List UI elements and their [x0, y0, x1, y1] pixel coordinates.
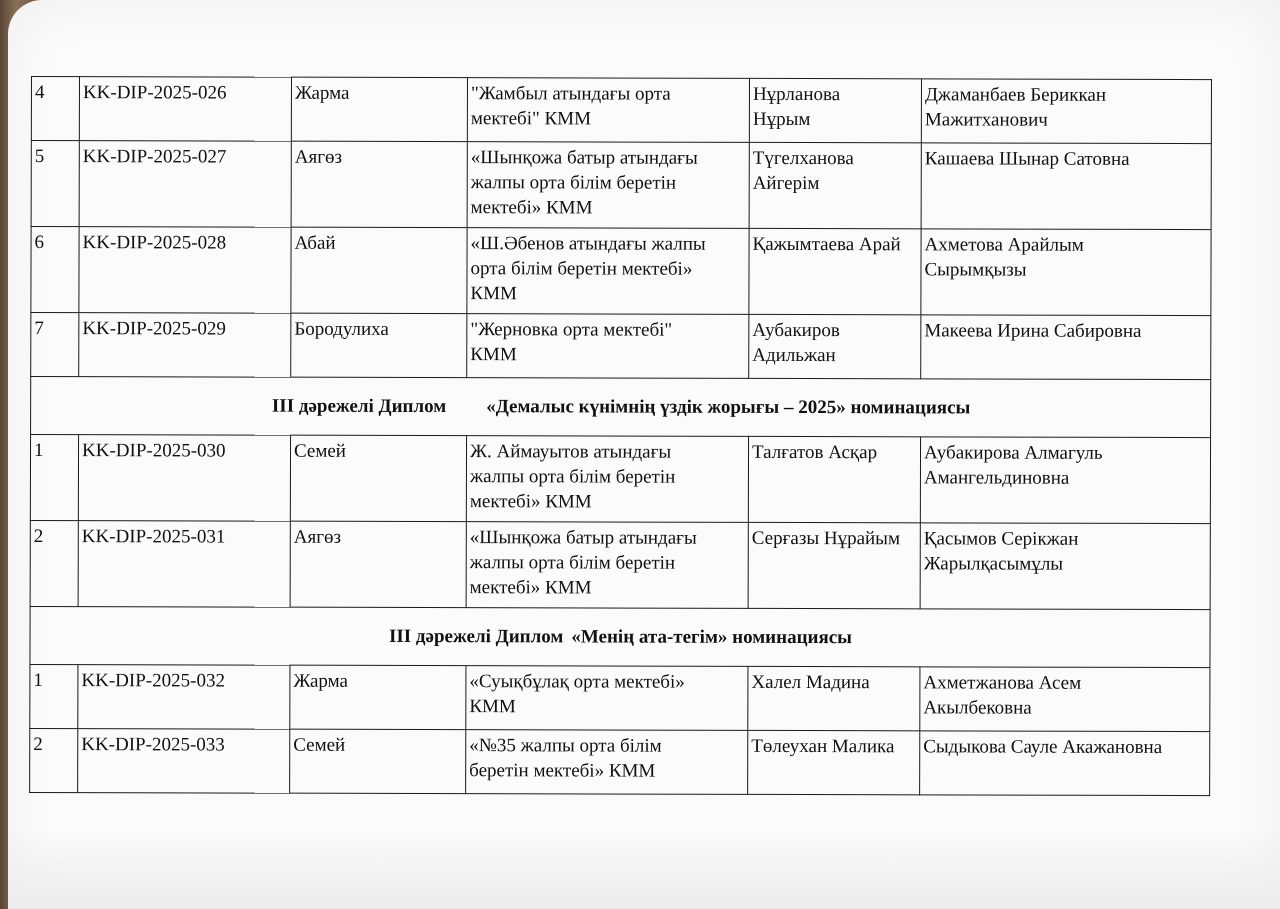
- diploma-code: KK-DIP-2025-027: [83, 144, 289, 170]
- row-number: 1: [34, 438, 76, 463]
- table-row: 2KK-DIP-2025-031Аягөз«Шынқожа батыр атын…: [30, 520, 1210, 609]
- row-number: 4: [35, 80, 77, 105]
- student-name-cell: Қажымтаева Арай: [749, 228, 921, 314]
- student-name: Түгелханова Айгерім: [753, 146, 919, 196]
- diploma-code: KK-DIP-2025-029: [82, 316, 288, 342]
- teacher-name-cell: Ахметова Арайлым Сырымқызы: [921, 229, 1211, 316]
- school-name-cell: Ж. Аймауытов атындағы жалпы орта білім б…: [466, 436, 748, 523]
- teacher-name-cell: Аубакирова Алмагуль Амангельдиновна: [920, 437, 1210, 524]
- teacher-name-cell: Кашаева Шынар Сатовна: [921, 143, 1211, 230]
- diploma-code-cell: KK-DIP-2025-032: [78, 665, 290, 730]
- district: Абай: [295, 231, 465, 256]
- student-name: Қажымтаева Арай: [753, 232, 919, 257]
- table-row: 6KK-DIP-2025-028Абай«Ш.Әбенов атындағы ж…: [31, 227, 1211, 316]
- diploma-code: KK-DIP-2025-032: [81, 668, 287, 694]
- student-name-cell: Серғазы Нұрайым: [748, 522, 920, 608]
- district: Бородулиха: [294, 317, 464, 342]
- student-name: Төлеухан Малика: [751, 734, 917, 759]
- teacher-name: Қасымов Серікжан Жарылқасымұлы: [924, 526, 1208, 577]
- diploma-code-cell: KK-DIP-2025-033: [78, 729, 290, 794]
- row-number-cell: 4: [31, 77, 79, 141]
- student-name-cell: Төлеухан Малика: [748, 730, 920, 794]
- row-number-cell: 1: [30, 435, 78, 521]
- diploma-code: KK-DIP-2025-028: [83, 230, 289, 256]
- school-name-cell: «Шынқожа батыр атындағы жалпы орта білім…: [467, 142, 749, 229]
- diploma-code-cell: KK-DIP-2025-030: [78, 435, 290, 522]
- teacher-name: Джаманбаев Бериккан Мажитханович: [925, 82, 1209, 133]
- nomination-title: «Демалыс күнімнің үздік жорығы – 2025» н…: [486, 396, 970, 418]
- row-number-cell: 2: [30, 520, 78, 606]
- school-name: "Жерновка орта мектебі" КММ: [470, 317, 746, 368]
- row-number-cell: 2: [30, 728, 78, 792]
- student-name-cell: Талғатов Асқар: [748, 436, 920, 522]
- row-number: 6: [35, 230, 77, 255]
- diploma-code: KK-DIP-2025-026: [83, 80, 289, 106]
- diploma-code: KK-DIP-2025-031: [82, 524, 288, 550]
- district: Жарма: [293, 669, 463, 694]
- district: Жарма: [295, 81, 465, 106]
- section-title: ІІІ дәрежелі Диплом«Демалыс күнімнің үзд…: [31, 377, 1211, 438]
- section-header-row: ІІІ дәрежелі Диплом«Демалыс күнімнің үзд…: [31, 377, 1211, 438]
- student-name-cell: Түгелханова Айгерім: [749, 142, 921, 228]
- teacher-name: Кашаева Шынар Сатовна: [925, 146, 1209, 172]
- teacher-name: Аубакирова Алмагуль Амангельдиновна: [924, 440, 1208, 491]
- diploma-code-cell: KK-DIP-2025-031: [78, 521, 290, 608]
- teacher-name: Ахметова Арайлым Сырымқызы: [924, 232, 1208, 283]
- teacher-name: Ахметжанова Асем Акылбековна: [923, 670, 1207, 721]
- teacher-name-cell: Қасымов Серікжан Жарылқасымұлы: [920, 523, 1210, 610]
- student-name: Халел Мадина: [751, 670, 917, 695]
- section-header-row: ІІІ дәрежелі Диплом«Менің ата-тегім» ном…: [30, 606, 1210, 667]
- table-row: 1KK-DIP-2025-030СемейЖ. Аймауытов атында…: [30, 435, 1210, 524]
- school-name-cell: "Жерновка орта мектебі" КММ: [467, 314, 749, 379]
- school-name-cell: «Ш.Әбенов атындағы жалпы орта білім бере…: [467, 228, 749, 315]
- student-name: Серғазы Нұрайым: [752, 526, 918, 551]
- student-name-cell: Нұрланова Нұрым: [749, 78, 921, 142]
- row-number-cell: 7: [31, 313, 79, 377]
- diploma-degree: ІІІ дәрежелі Диплом: [389, 625, 563, 646]
- teacher-name-cell: Джаманбаев Бериккан Мажитханович: [921, 79, 1211, 144]
- school-name: «Шынқожа батыр атындағы жалпы орта білім…: [471, 145, 747, 221]
- teacher-name-cell: Сыдыкова Сауле Акажановна: [920, 731, 1210, 796]
- school-name: «Ш.Әбенов атындағы жалпы орта білім бере…: [470, 231, 746, 307]
- table-row: 2KK-DIP-2025-033Семей«№35 жалпы орта біл…: [30, 728, 1210, 795]
- diploma-code-cell: KK-DIP-2025-029: [79, 313, 291, 378]
- school-name: «Суықбұлақ орта мектебі» КММ: [469, 669, 745, 720]
- diploma-code: KK-DIP-2025-030: [82, 438, 288, 464]
- table-row: 1KK-DIP-2025-032Жарма«Суықбұлақ орта мек…: [30, 664, 1210, 731]
- diploma-code-cell: KK-DIP-2025-027: [79, 141, 291, 228]
- school-name-cell: «Шынқожа батыр атындағы жалпы орта білім…: [466, 522, 748, 609]
- row-number-cell: 5: [31, 141, 79, 227]
- row-number: 2: [34, 524, 76, 549]
- teacher-name-cell: Макеева Ирина Сабировна: [921, 315, 1211, 380]
- student-name: Талғатов Асқар: [752, 440, 918, 465]
- table-row: 4KK-DIP-2025-026Жарма"Жамбыл атындағы ор…: [31, 77, 1211, 144]
- student-name: Аубакиров Адильжан: [752, 318, 918, 368]
- school-name: "Жамбыл атындағы орта мектебі" КММ: [471, 81, 747, 132]
- school-name: Ж. Аймауытов атындағы жалпы орта білім б…: [470, 439, 746, 515]
- district-cell: Абай: [291, 227, 467, 313]
- teacher-name: Макеева Ирина Сабировна: [924, 318, 1208, 344]
- diploma-code-cell: KK-DIP-2025-026: [79, 77, 291, 142]
- teacher-name-cell: Ахметжанова Асем Акылбековна: [920, 667, 1210, 732]
- row-number-cell: 1: [30, 664, 78, 728]
- district: Аягөз: [295, 145, 465, 170]
- table-row: 5KK-DIP-2025-027Аягөз«Шынқожа батыр атын…: [31, 141, 1211, 230]
- district-cell: Жарма: [290, 665, 466, 729]
- district-cell: Семей: [290, 435, 466, 521]
- student-name: Нұрланова Нұрым: [753, 82, 919, 132]
- awards-table: 4KK-DIP-2025-026Жарма"Жамбыл атындағы ор…: [29, 76, 1212, 796]
- district: Семей: [293, 733, 463, 758]
- teacher-name: Сыдыкова Сауле Акажановна: [923, 734, 1207, 760]
- page-bottom-shading: [8, 830, 1280, 909]
- section-title: ІІІ дәрежелі Диплом«Менің ата-тегім» ном…: [30, 606, 1210, 667]
- student-name-cell: Халел Мадина: [748, 666, 920, 730]
- school-name: «№35 жалпы орта білім беретін мектебі» К…: [469, 733, 745, 784]
- nomination-title: «Менің ата-тегім» номинациясы: [571, 626, 852, 648]
- diploma-code: KK-DIP-2025-033: [81, 732, 287, 758]
- diploma-code-cell: KK-DIP-2025-028: [79, 227, 291, 314]
- district-cell: Семей: [290, 729, 466, 793]
- district: Аягөз: [294, 525, 464, 550]
- row-number: 7: [34, 316, 76, 341]
- school-name-cell: "Жамбыл атындағы орта мектебі" КММ: [467, 78, 749, 143]
- row-number: 5: [35, 144, 77, 169]
- district-cell: Жарма: [291, 77, 467, 141]
- district: Семей: [294, 439, 464, 464]
- row-number: 2: [33, 732, 75, 757]
- diploma-degree: ІІІ дәрежелі Диплом: [272, 395, 446, 416]
- row-number: 1: [33, 668, 75, 693]
- student-name-cell: Аубакиров Адильжан: [749, 314, 921, 378]
- school-name: «Шынқожа батыр атындағы жалпы орта білім…: [470, 525, 746, 601]
- district-cell: Аягөз: [290, 521, 466, 607]
- table-row: 7KK-DIP-2025-029Бородулиха"Жерновка орта…: [31, 313, 1211, 380]
- district-cell: Аягөз: [291, 141, 467, 227]
- school-name-cell: «Суықбұлақ орта мектебі» КММ: [466, 666, 748, 731]
- school-name-cell: «№35 жалпы орта білім беретін мектебі» К…: [466, 730, 748, 795]
- district-cell: Бородулиха: [291, 313, 467, 377]
- row-number-cell: 6: [31, 227, 79, 313]
